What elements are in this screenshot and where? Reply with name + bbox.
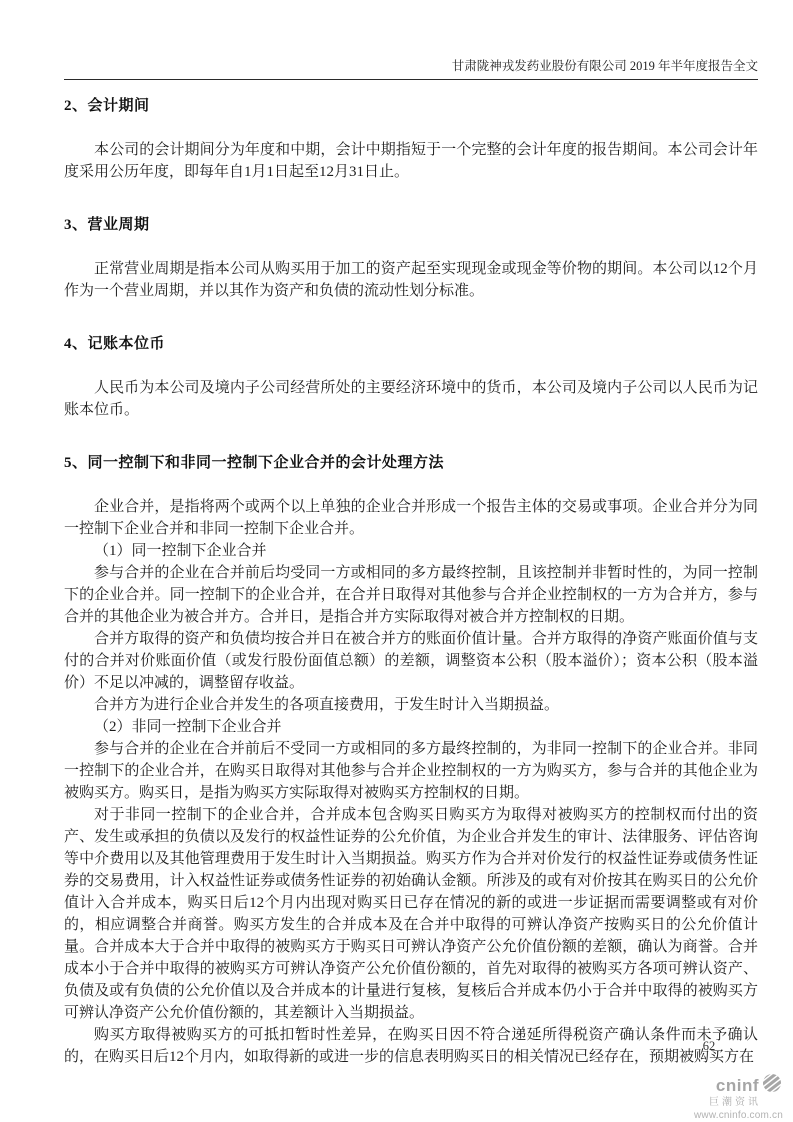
section-body: 本公司的会计期间分为年度和中期，会计中期指短于一个完整的会计年度的报告期间。本公… xyxy=(64,139,758,183)
body-paragraph: 合并方取得的资产和负债均按合并日在被合并方的账面价值计量。合并方取得的净资产账面… xyxy=(64,628,758,694)
body-paragraph: 本公司的会计期间分为年度和中期，会计中期指短于一个完整的会计年度的报告期间。本公… xyxy=(64,139,758,183)
cninfo-name-cn: 巨潮资讯 xyxy=(694,1098,783,1108)
cninfo-url: www.cninfo.com.cn xyxy=(694,1111,783,1121)
section-operating-cycle: 3、营业周期 正常营业周期是指本公司从购买用于加工的资产起至实现现金或现金等价物… xyxy=(64,217,758,302)
section-heading: 5、同一控制下和非同一控制下企业合并的会计处理方法 xyxy=(64,455,758,472)
cninfo-logo: cninf 巨潮资讯 www.cninfo.com.cn xyxy=(694,1073,783,1121)
body-paragraph: 对于非同一控制下的企业合并，合并成本包含购买日购买方为取得对被购买方的控制权而付… xyxy=(64,804,758,1024)
section-body: 企业合并，是指将两个或两个以上单独的企业合并形成一个报告主体的交易或事项。企业合… xyxy=(64,496,758,1068)
section-body: 正常营业周期是指本公司从购买用于加工的资产起至实现现金或现金等价物的期间。本公司… xyxy=(64,258,758,302)
body-paragraph: 合并方为进行企业合并发生的各项直接费用，于发生时计入当期损益。 xyxy=(64,694,758,716)
body-paragraph: 参与合并的企业在合并前后不受同一方或相同的多方最终控制的，为非同一控制下的企业合… xyxy=(64,738,758,804)
body-paragraph: 人民币为本公司及境内子公司经营所处的主要经济环境中的货币，本公司及境内子公司以人… xyxy=(64,377,758,421)
section-functional-currency: 4、记账本位币 人民币为本公司及境内子公司经营所处的主要经济环境中的货币，本公司… xyxy=(64,336,758,421)
section-heading: 3、营业周期 xyxy=(64,217,758,234)
body-paragraph: （1）同一控制下企业合并 xyxy=(64,540,758,562)
page-header: 甘肃陇神戎发药业股份有限公司 2019 年半年度报告全文 xyxy=(64,58,758,80)
body-paragraph: 正常营业周期是指本公司从购买用于加工的资产起至实现现金或现金等价物的期间。本公司… xyxy=(64,258,758,302)
cninfo-logo-icon xyxy=(761,1073,783,1097)
body-paragraph: 参与合并的企业在合并前后均受同一方或相同的多方最终控制，且该控制并非暂时性的，为… xyxy=(64,562,758,628)
section-heading: 2、会计期间 xyxy=(64,98,758,115)
section-heading: 4、记账本位币 xyxy=(64,336,758,353)
section-accounting-period: 2、会计期间 本公司的会计期间分为年度和中期，会计中期指短于一个完整的会计年度的… xyxy=(64,98,758,183)
body-paragraph: （2）非同一控制下企业合并 xyxy=(64,716,758,738)
page-number: 62 xyxy=(694,1039,724,1054)
section-body: 人民币为本公司及境内子公司经营所处的主要经济环境中的货币，本公司及境内子公司以人… xyxy=(64,377,758,421)
report-page: 甘肃陇神戎发药业股份有限公司 2019 年半年度报告全文 2、会计期间 本公司的… xyxy=(0,0,793,1122)
body-paragraph: 购买方取得被购买方的可抵扣暂时性差异，在购买日因不符合递延所得税资产确认条件而未… xyxy=(64,1024,758,1068)
section-business-combination: 5、同一控制下和非同一控制下企业合并的会计处理方法 企业合并，是指将两个或两个以… xyxy=(64,455,758,1068)
body-paragraph: 企业合并，是指将两个或两个以上单独的企业合并形成一个报告主体的交易或事项。企业合… xyxy=(64,496,758,540)
cninfo-brand-text: cninf xyxy=(716,1077,759,1094)
cninfo-logo-top: cninf xyxy=(694,1073,783,1097)
page-header-title: 甘肃陇神戎发药业股份有限公司 2019 年半年度报告全文 xyxy=(452,59,758,73)
